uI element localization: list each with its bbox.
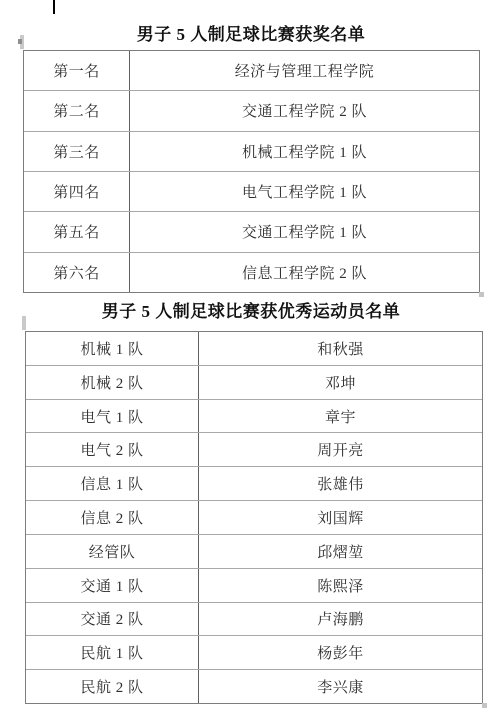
award_table-cell-winner[interactable]: 信息工程学院 2 队 [130, 253, 479, 292]
award_table-row: 第六名信息工程学院 2 队 [24, 253, 479, 292]
athlete_table-cell-athlete[interactable]: 杨彭年 [199, 636, 482, 669]
athlete_table-cell-team[interactable]: 信息 1 队 [26, 467, 199, 500]
athlete_table-cell-team[interactable]: 经管队 [26, 535, 199, 568]
award_table-cell-winner[interactable]: 经济与管理工程学院 [130, 51, 479, 90]
athlete_table-row: 信息 1 队张雄伟 [26, 467, 482, 501]
document-page: 男子 5 人制足球比赛获奖名单 第一名经济与管理工程学院第二名交通工程学院 2 … [0, 0, 498, 718]
award-table-resize-handle[interactable] [479, 292, 484, 297]
athlete-table: 机械 1 队和秋强机械 2 队邓坤电气 1 队章宇电气 2 队周开亮信息 1 队… [25, 331, 483, 704]
award_table-cell-winner[interactable]: 交通工程学院 1 队 [130, 212, 479, 251]
award_table-cell-rank[interactable]: 第六名 [24, 253, 130, 292]
athlete_table-cell-athlete[interactable]: 李兴康 [199, 670, 482, 703]
athlete_table-cell-team[interactable]: 机械 2 队 [26, 366, 199, 399]
award_table-cell-winner[interactable]: 机械工程学院 1 队 [130, 132, 479, 171]
anchor-marker-notch [18, 39, 22, 44]
athlete_table-cell-athlete[interactable]: 周开亮 [199, 433, 482, 466]
athlete_table-row: 电气 1 队章宇 [26, 400, 482, 434]
athlete_table-cell-team[interactable]: 交通 1 队 [26, 569, 199, 602]
athlete_table-cell-team[interactable]: 信息 2 队 [26, 501, 199, 534]
athlete_table-row: 交通 1 队陈熙泽 [26, 569, 482, 603]
athlete_table-cell-team[interactable]: 民航 1 队 [26, 636, 199, 669]
athlete_table-cell-athlete[interactable]: 卢海鹏 [199, 603, 482, 636]
athlete_table-cell-athlete[interactable]: 邱熠堃 [199, 535, 482, 568]
athlete_table-row: 机械 1 队和秋强 [26, 332, 482, 366]
award_table-row: 第四名电气工程学院 1 队 [24, 172, 479, 212]
athlete_table-cell-team[interactable]: 民航 2 队 [26, 670, 199, 703]
athlete_table-cell-athlete[interactable]: 章宇 [199, 400, 482, 433]
athlete_table-cell-team[interactable]: 机械 1 队 [26, 332, 199, 365]
athlete_table-cell-athlete[interactable]: 张雄伟 [199, 467, 482, 500]
athlete_table-cell-athlete[interactable]: 刘国辉 [199, 501, 482, 534]
athlete_table-cell-athlete[interactable]: 陈熙泽 [199, 569, 482, 602]
award_table-cell-rank[interactable]: 第二名 [24, 91, 130, 130]
award_table-cell-rank[interactable]: 第四名 [24, 172, 130, 211]
athlete_table-cell-team[interactable]: 电气 2 队 [26, 433, 199, 466]
athlete-table-title[interactable]: 男子 5 人制足球比赛获优秀运动员名单 [23, 301, 479, 323]
athlete_table-row: 民航 2 队李兴康 [26, 670, 482, 703]
award-table-title[interactable]: 男子 5 人制足球比赛获奖名单 [23, 24, 479, 46]
athlete-table-resize-handle[interactable] [482, 703, 487, 708]
athlete_table-row: 经管队邱熠堃 [26, 535, 482, 569]
award_table-row: 第一名经济与管理工程学院 [24, 51, 479, 91]
award_table-row: 第三名机械工程学院 1 队 [24, 132, 479, 172]
award-table: 第一名经济与管理工程学院第二名交通工程学院 2 队第三名机械工程学院 1 队第四… [23, 50, 480, 293]
award_table-cell-rank[interactable]: 第五名 [24, 212, 130, 251]
athlete_table-row: 电气 2 队周开亮 [26, 433, 482, 467]
athlete_table-row: 信息 2 队刘国辉 [26, 501, 482, 535]
athlete_table-cell-team[interactable]: 电气 1 队 [26, 400, 199, 433]
award_table-row: 第二名交通工程学院 2 队 [24, 91, 479, 131]
athlete_table-row: 民航 1 队杨彭年 [26, 636, 482, 670]
athlete_table-cell-athlete[interactable]: 邓坤 [199, 366, 482, 399]
award_table-cell-winner[interactable]: 电气工程学院 1 队 [130, 172, 479, 211]
athlete_table-row: 机械 2 队邓坤 [26, 366, 482, 400]
athlete_table-row: 交通 2 队卢海鹏 [26, 603, 482, 637]
athlete_table-cell-team[interactable]: 交通 2 队 [26, 603, 199, 636]
award_table-cell-rank[interactable]: 第一名 [24, 51, 130, 90]
text-cursor-caret [53, 0, 55, 14]
award_table-cell-winner[interactable]: 交通工程学院 2 队 [130, 91, 479, 130]
athlete_table-cell-athlete[interactable]: 和秋强 [199, 332, 482, 365]
award_table-cell-rank[interactable]: 第三名 [24, 132, 130, 171]
award_table-row: 第五名交通工程学院 1 队 [24, 212, 479, 252]
